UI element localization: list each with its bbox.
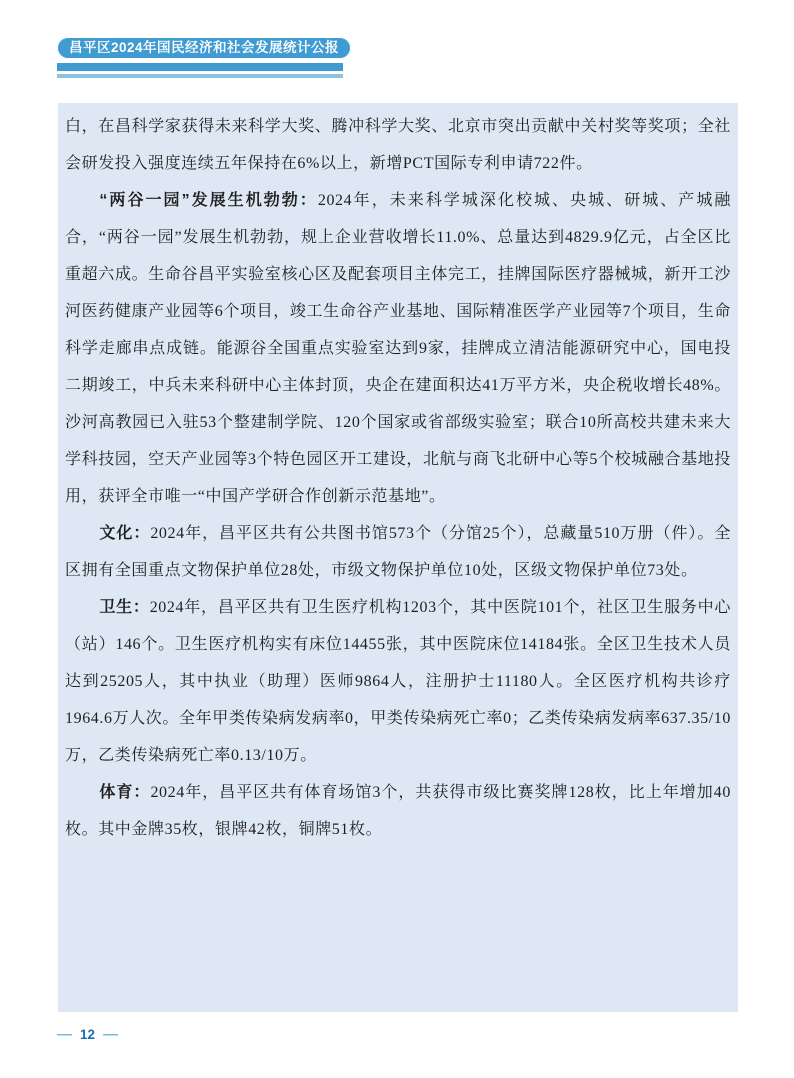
paragraph-lead: 体育： xyxy=(99,784,150,801)
paragraph-lead: “两谷一园”发展生机勃勃： xyxy=(99,192,317,209)
footer-dash-left: — xyxy=(57,1026,72,1044)
content-area: 白，在昌科学家获得未来科学大奖、腾冲科学大奖、北京市突出贡献中关村奖等奖项；全社… xyxy=(58,103,738,1012)
paragraph-lead: 卫生： xyxy=(99,599,149,616)
paragraph-text: 2024年，昌平区共有公共图书馆573个（分馆25个），总藏量510万册（件）。… xyxy=(65,525,731,579)
paragraph-text: 2024年，昌平区共有卫生医疗机构1203个，其中医院101个，社区卫生服务中心… xyxy=(65,599,731,764)
document-page: 昌平区2024年国民经济和社会发展统计公报 白，在昌科学家获得未来科学大奖、腾冲… xyxy=(0,0,794,1078)
paragraph-text: 白，在昌科学家获得未来科学大奖、腾冲科学大奖、北京市突出贡献中关村奖等奖项；全社… xyxy=(65,118,731,172)
paragraph-lead: 文化： xyxy=(99,525,150,542)
page-number: 12 xyxy=(80,1026,95,1044)
paragraph-text: 2024年，未来科学城深化校城、央城、研城、产城融合，“两谷一园”发展生机勃勃，… xyxy=(65,192,731,505)
header-bar-thin xyxy=(57,74,343,78)
paragraph-culture: 文化：2024年，昌平区共有公共图书馆573个（分馆25个），总藏量510万册（… xyxy=(65,515,731,589)
paragraph-text: 2024年，昌平区共有体育场馆3个，共获得市级比赛奖牌128枚，比上年增加40枚… xyxy=(65,784,731,838)
report-title-pill: 昌平区2024年国民经济和社会发展统计公报 xyxy=(57,37,351,59)
report-title: 昌平区2024年国民经济和社会发展统计公报 xyxy=(69,40,339,55)
footer-dash-right: — xyxy=(103,1026,118,1044)
page-footer: — 12 — xyxy=(57,1026,118,1044)
paragraph-lianggu-yiyuan: “两谷一园”发展生机勃勃：2024年，未来科学城深化校城、央城、研城、产城融合，… xyxy=(65,182,731,515)
paragraph-sports: 体育：2024年，昌平区共有体育场馆3个，共获得市级比赛奖牌128枚，比上年增加… xyxy=(65,774,731,848)
paragraph-health: 卫生：2024年，昌平区共有卫生医疗机构1203个，其中医院101个，社区卫生服… xyxy=(65,589,731,774)
header-bar-thick xyxy=(57,63,343,71)
paragraph-science-continued: 白，在昌科学家获得未来科学大奖、腾冲科学大奖、北京市突出贡献中关村奖等奖项；全社… xyxy=(65,108,731,182)
